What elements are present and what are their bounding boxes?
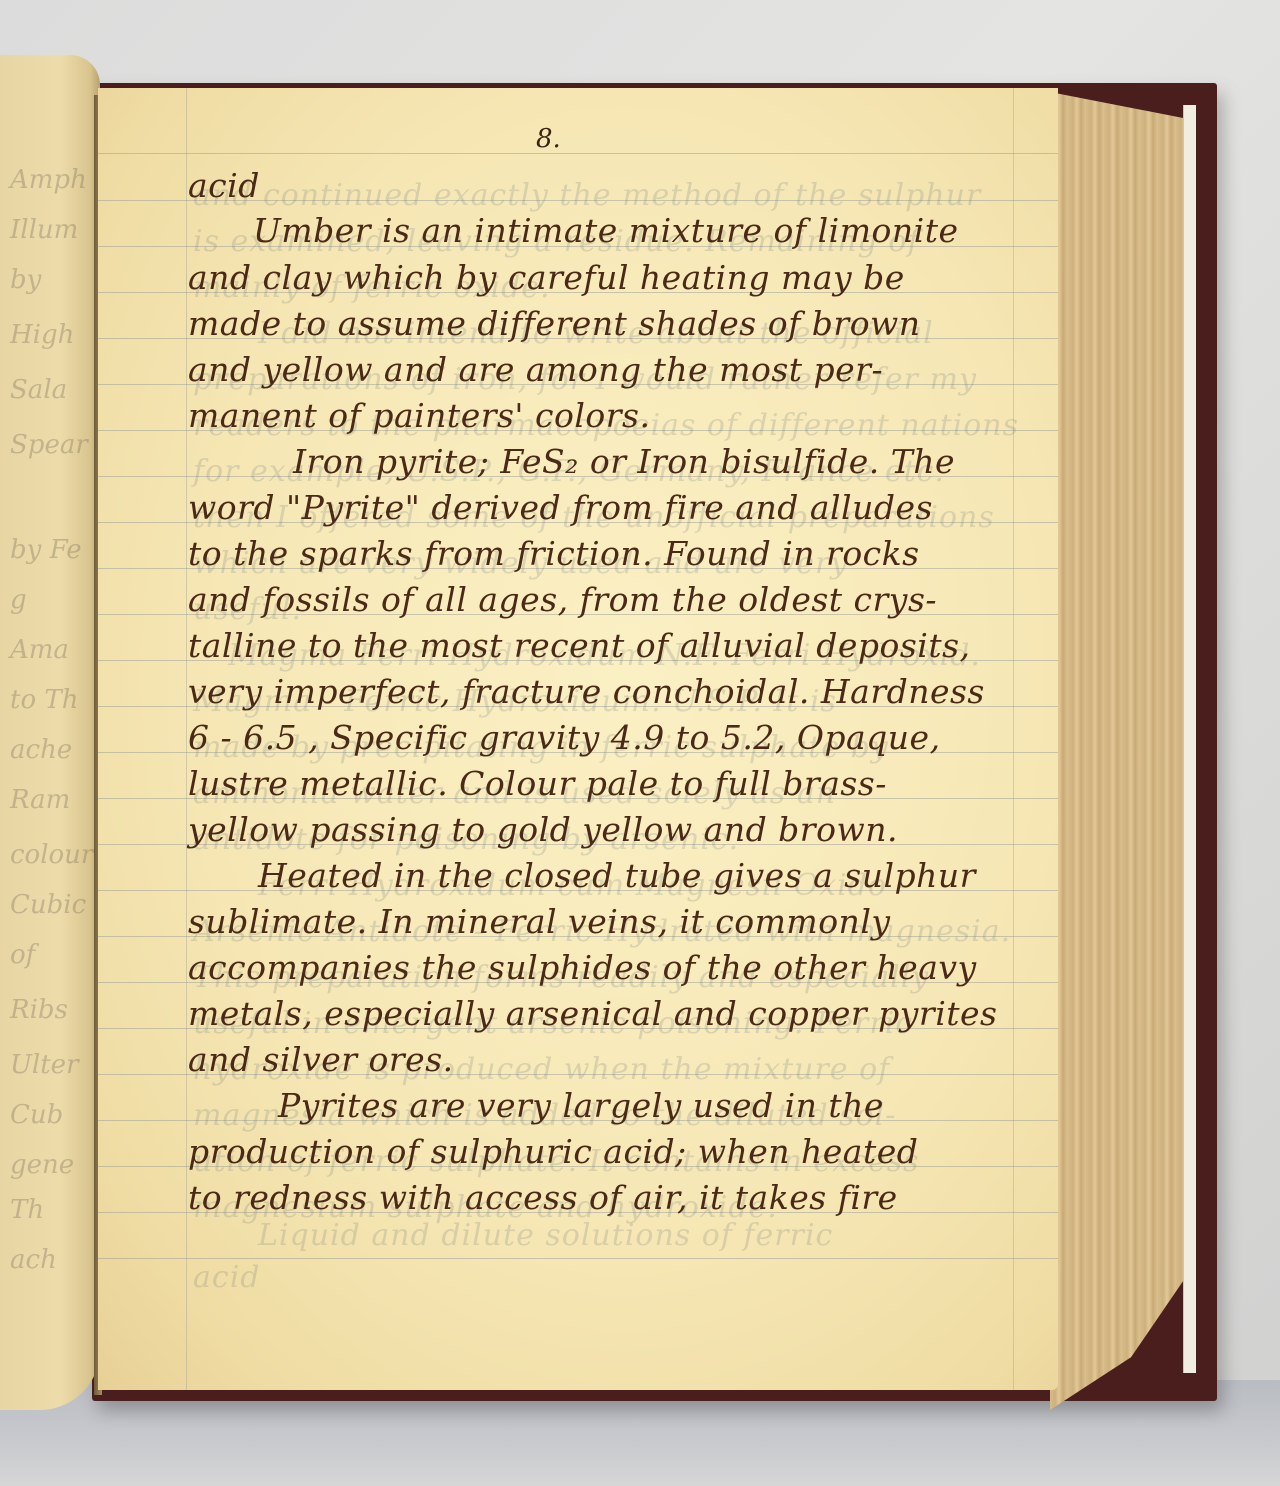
left-page-fragment: Illum [10,215,78,245]
left-page-fragment: Ama [10,635,69,665]
handwritten-line: manent of painters' colors. [188,396,650,435]
handwritten-line: word "Pyrite" derived from fire and allu… [188,488,933,527]
rule-line [98,1258,1058,1259]
left-page-fragment: colour [10,840,93,870]
handwritten-line: and yellow and are among the most per- [188,350,883,389]
left-page-fragment: Amph [10,165,87,195]
left-page-fragment: Ram [10,785,70,815]
left-page-fragment: Ribs [10,995,68,1025]
left-page-fragment: Ulter [10,1050,79,1080]
handwritten-line: lustre metallic. Colour pale to full bra… [188,764,887,803]
handwritten-line: and clay which by careful heating may be [188,258,905,297]
bleed-through-line: and continued exactly the method of the … [193,178,981,213]
margin-line-right [1013,88,1014,1390]
left-page-fragment: ache [10,735,72,765]
handwritten-line: Pyrites are very largely used in the [278,1086,884,1125]
endpaper [1183,105,1196,1373]
handwritten-line: to redness with access of air, it takes … [188,1178,898,1217]
bleed-through-line: acid [193,1260,261,1295]
right-page: and continued exactly the method of the … [98,88,1058,1390]
handwritten-line: Heated in the closed tube gives a sulphu… [258,856,976,895]
rule-line [98,153,1058,154]
left-page-fragment: Spear [10,430,88,460]
left-page-fragment: ach [10,1245,57,1275]
handwritten-line: and fossils of all ages, from the oldest… [188,580,937,619]
handwritten-line: production of sulphuric acid; when heate… [188,1132,918,1171]
left-page-fragment: Sala [10,375,67,405]
handwritten-line: acid [188,166,260,205]
bleed-through-line: Liquid and dilute solutions of ferric [258,1218,833,1253]
handwritten-line: metals, especially arsenical and copper … [188,994,997,1033]
left-page-fragment: by Fe [10,535,82,565]
handwritten-line: yellow passing to gold yellow and brown. [188,810,898,849]
handwritten-line: very imperfect, fracture conchoidal. Har… [188,672,985,711]
page-block-edges [1050,92,1185,1410]
left-page-fragment: of [10,940,35,970]
handwritten-line: accompanies the sulphides of the other h… [188,948,977,987]
left-page-fragment: to Th [10,685,78,715]
left-page-fragment: gene [10,1150,74,1180]
left-page-fragment: Cubic [10,890,86,920]
left-page-fragment: by [10,265,41,295]
left-page-fragment: High [10,320,74,350]
handwritten-line: sublimate. In mineral veins, it commonly [188,902,891,941]
handwritten-line: to the sparks from friction. Found in ro… [188,534,920,573]
handwritten-line: and silver ores. [188,1040,454,1079]
handwritten-line: Umber is an intimate mixture of limonite [253,211,959,250]
handwritten-line: talline to the most recent of alluvial d… [188,626,971,665]
handwritten-line: made to assume different shades of brown [188,304,921,343]
left-page-fragment: Th [10,1195,44,1225]
handwritten-line: 6 - 6.5 , Specific gravity 4.9 to 5.2, O… [188,718,941,757]
page-number: 8. [536,124,561,154]
margin-line-left [186,88,187,1390]
left-page-fragment: g [10,585,27,615]
handwritten-line: Iron pyrite; FeS₂ or Iron bisulfide. The [293,442,955,481]
left-page-fragment: Cub [10,1100,63,1130]
left-page: Amph Illum by High Sala Spear by Fe g Am… [0,55,100,1410]
